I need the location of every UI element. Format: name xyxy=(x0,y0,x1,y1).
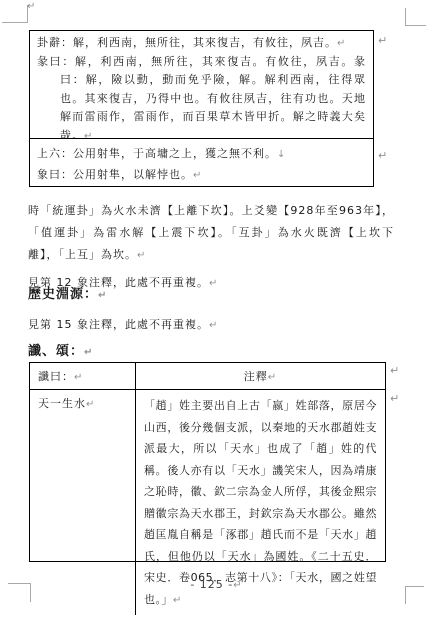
hexagram-cycle-text: 時「統運卦」為火水未濟【上離下坎】。上爻變【928年至963年】，「值運卦」為雷… xyxy=(28,204,394,261)
hexagram-table-row-commentary[interactable]: 卦辭：解，利西南，無所往，其來復吉，有攸往，夙吉。↵ 彖曰：解，利西南，無所往，… xyxy=(30,31,373,139)
see-note-15-text: 見第 15 象注釋，此處不再重複。 xyxy=(28,318,209,331)
paragraph-mark-icon: ↵ xyxy=(209,278,218,289)
prophecy-header-label: 讖曰： xyxy=(38,370,74,383)
paragraph-mark-icon: ↵ xyxy=(137,250,146,261)
prophecy-header-cell[interactable]: 讖曰：↵ xyxy=(30,363,136,389)
line-break-mark-icon: ↓ xyxy=(277,149,286,160)
prophecy-annotation-table: 讖曰：↵ 注釋↵ 天一生水↵ 「趙」姓主要出自上古「嬴」姓部落，原居今山西，後分… xyxy=(29,362,386,562)
paragraph-mark-icon: ↵ xyxy=(193,170,202,181)
hexagram-text-paragraph[interactable]: 卦辭：解，利西南，無所往，其來復吉，有攸往，夙吉。↵ xyxy=(37,34,366,53)
see-note-15-paragraph[interactable]: 見第 15 象注釋，此處不再重複。↵ xyxy=(28,314,218,336)
paragraph-mark-icon: ↵ xyxy=(86,399,95,410)
paragraph-mark-icon: ↵ xyxy=(84,131,93,140)
row-end-mark-icon: ↵ xyxy=(390,392,399,405)
document-page[interactable]: ↵ 卦辭：解，利西南，無所往，其來復吉，有攸往，夙吉。↵ 彖曰：解，利西南，無所… xyxy=(0,0,433,619)
tuan-commentary-text: 彖曰：解，利西南，無所往，其來復吉。有攸往，夙吉。彖曰：解，險以動，動而免乎險，… xyxy=(37,55,366,140)
top-six-xiang-text: 象曰：公用射隼，以解悖也。 xyxy=(37,168,193,181)
page-footer: - 125 -↵ xyxy=(0,578,433,591)
hexagram-table-row-topline[interactable]: 上六：公用射隼，于高墉之上，獲之無不利。↓ 象曰：公用射隼，以解悖也。↵ xyxy=(30,139,373,186)
hexagram-cycle-paragraph[interactable]: 時「統運卦」為火水未濟【上離下坎】。上爻變【928年至963年】，「值運卦」為雷… xyxy=(28,200,394,266)
paragraph-mark-icon: ↵ xyxy=(173,595,182,606)
prophecy-table-header-row: 讖曰：↵ 注釋↵ xyxy=(30,363,385,390)
top-six-line-paragraph[interactable]: 上六：公用射隼，于高墉之上，獲之無不利。↓ xyxy=(37,143,366,164)
row-end-mark-icon: ↵ xyxy=(390,364,399,377)
annotation-note-text: 「趙」姓主要出自上古「嬴」姓部落，原居今山西，後分幾個支派，以秦地的天水郡趙姓支… xyxy=(144,399,377,606)
prophecy-ode-heading[interactable]: 讖、頌：↵ xyxy=(28,340,93,359)
row-end-mark-icon: ↵ xyxy=(378,149,387,162)
prophecy-verse-text: 天一生水 xyxy=(38,397,86,410)
paragraph-mark-icon: ↵ xyxy=(337,38,346,49)
tuan-commentary-paragraph[interactable]: 彖曰：解，利西南，無所往，其來復吉。有攸往，夙吉。彖曰：解，險以動，動而免乎險，… xyxy=(37,53,366,140)
paragraph-mark-icon: ↵ xyxy=(27,2,35,12)
annotation-header-label: 注釋 xyxy=(244,370,268,383)
paragraph-mark-icon: ↵ xyxy=(74,372,83,383)
body-text-block: 時「統運卦」為火水未濟【上離下坎】。上爻變【928年至963年】，「值運卦」為雷… xyxy=(28,200,394,294)
paragraph-mark-icon: ↵ xyxy=(233,580,242,591)
paragraph-mark-icon: ↵ xyxy=(84,347,93,358)
prophecy-ode-heading-text: 讖、頌： xyxy=(28,344,84,359)
paragraph-mark-icon: ↵ xyxy=(209,320,218,331)
annotation-header-cell[interactable]: 注釋↵ xyxy=(136,363,385,389)
top-six-xiang-paragraph[interactable]: 象曰：公用射隼，以解悖也。↵ xyxy=(37,164,366,185)
history-origin-heading[interactable]: 歷史淵源：↵ xyxy=(28,283,107,302)
row-end-mark-icon: ↵ xyxy=(378,34,387,47)
crop-mark-top-right xyxy=(405,8,426,26)
paragraph-mark-icon: ↵ xyxy=(98,290,107,301)
page-number: - 125 - xyxy=(190,578,233,591)
top-six-line-text: 上六：公用射隼，于高墉之上，獲之無不利。 xyxy=(37,147,277,160)
paragraph-mark-icon: ↵ xyxy=(268,372,277,383)
hexagram-text: 卦辭：解，利西南，無所往，其來復吉，有攸往，夙吉。 xyxy=(37,36,337,49)
history-origin-heading-text: 歷史淵源： xyxy=(28,287,98,302)
hexagram-table: 卦辭：解，利西南，無所往，其來復吉，有攸往，夙吉。↵ 彖曰：解，利西南，無所往，… xyxy=(29,30,374,187)
crop-mark-top-left xyxy=(2,5,28,23)
